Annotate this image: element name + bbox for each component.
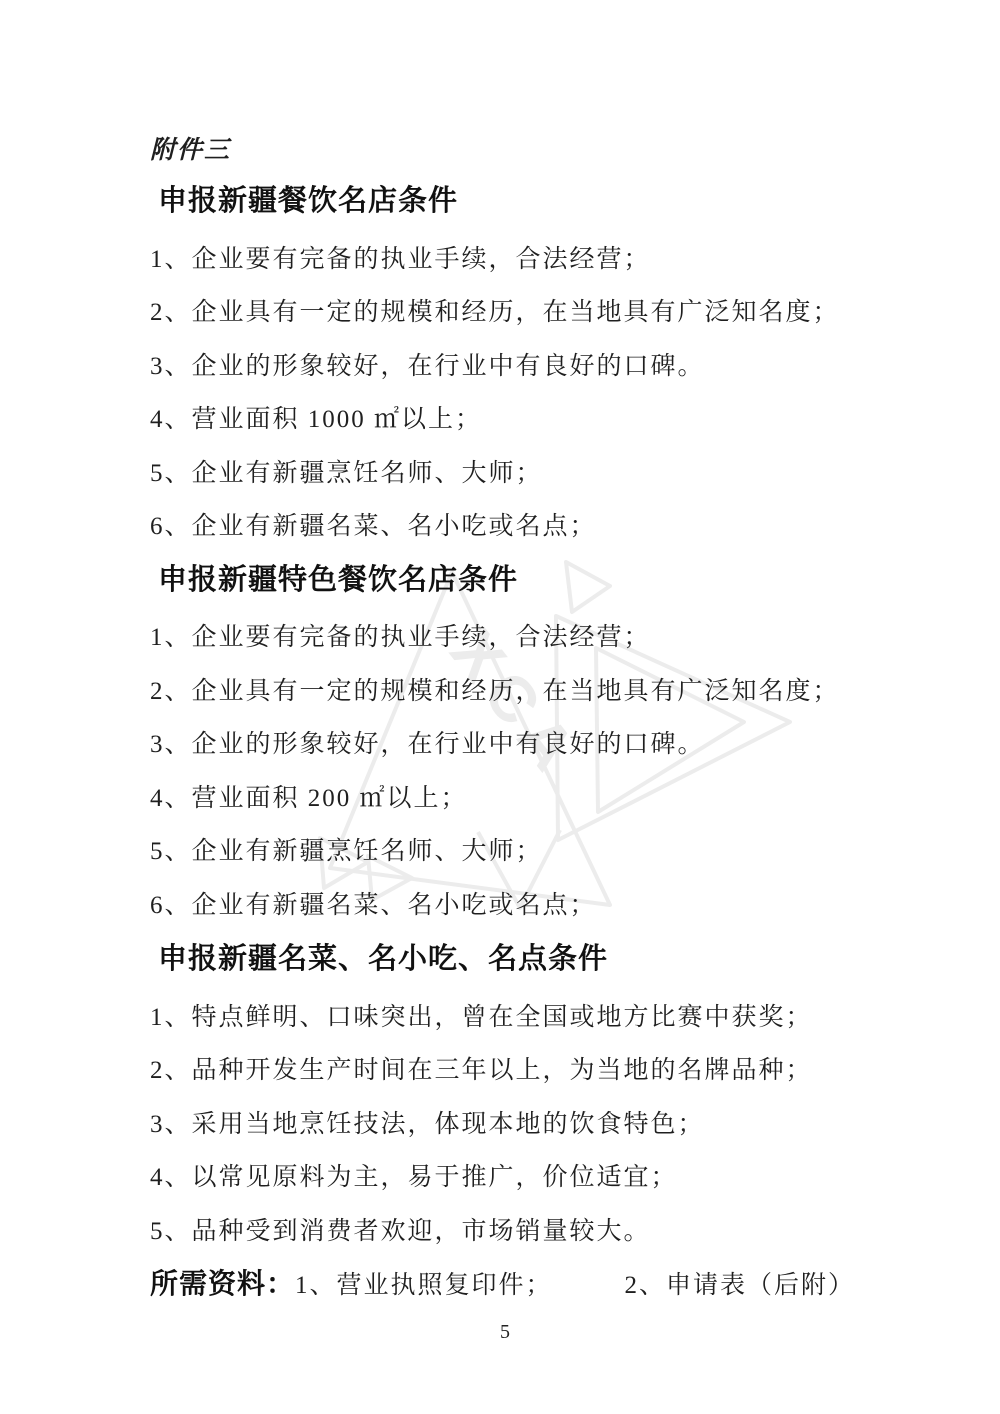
document-content: 附件三 申报新疆餐饮名店条件 1、企业要有完备的执业手续，合法经营； 2、企业具… bbox=[0, 0, 1000, 1414]
list-item: 5、企业有新疆烹饪名师、大师； bbox=[150, 461, 860, 488]
list-item: 5、企业有新疆烹饪名师、大师； bbox=[150, 839, 860, 866]
list-item: 3、采用当地烹饪技法，体现本地的饮食特色； bbox=[150, 1112, 860, 1139]
page-number: 5 bbox=[150, 1321, 860, 1344]
section-3-heading: 申报新疆名菜、名小吃、名点条件 bbox=[158, 944, 860, 974]
list-item: 2、企业具有一定的规模和经历，在当地具有广泛知名度； bbox=[150, 679, 860, 706]
required-docs-label: 所需资料： bbox=[150, 1269, 295, 1300]
list-item: 4、营业面积 1000 ㎡以上； bbox=[150, 407, 860, 434]
required-docs-item-2: 2、申请表（后附） bbox=[625, 1272, 856, 1299]
required-docs-item-1: 1、营业执照复印件； bbox=[295, 1272, 553, 1299]
list-item: 3、企业的形象较好，在行业中有良好的口碑。 bbox=[150, 732, 860, 759]
section-1-heading: 申报新疆餐饮名店条件 bbox=[158, 186, 860, 216]
list-item: 2、企业具有一定的规模和经历，在当地具有广泛知名度； bbox=[150, 300, 860, 327]
list-item: 4、以常见原料为主，易于推广，价位适宜； bbox=[150, 1165, 860, 1192]
list-item: 6、企业有新疆名菜、名小吃或名点； bbox=[150, 893, 860, 920]
list-item: 1、企业要有完备的执业手续，合法经营； bbox=[150, 625, 860, 652]
list-item: 3、企业的形象较好，在行业中有良好的口碑。 bbox=[150, 354, 860, 381]
document-page: XCA 附件三 申报新疆餐饮名店条件 1、企业要有完备的执业手续，合法经营； 2… bbox=[0, 0, 1000, 1414]
list-item: 6、企业有新疆名菜、名小吃或名点； bbox=[150, 514, 860, 541]
list-item: 1、特点鲜明、口味突出，曾在全国或地方比赛中获奖； bbox=[150, 1005, 860, 1032]
required-docs-line: 所需资料：1、营业执照复印件；2、申请表（后附） bbox=[150, 1270, 860, 1301]
list-item: 4、营业面积 200 ㎡以上； bbox=[150, 786, 860, 813]
list-item: 5、品种受到消费者欢迎，市场销量较大。 bbox=[150, 1219, 860, 1246]
list-item: 2、品种开发生产时间在三年以上，为当地的名牌品种； bbox=[150, 1058, 860, 1085]
section-2-heading: 申报新疆特色餐饮名店条件 bbox=[158, 565, 860, 595]
list-item: 1、企业要有完备的执业手续，合法经营； bbox=[150, 247, 860, 274]
attachment-label: 附件三 bbox=[150, 138, 860, 164]
